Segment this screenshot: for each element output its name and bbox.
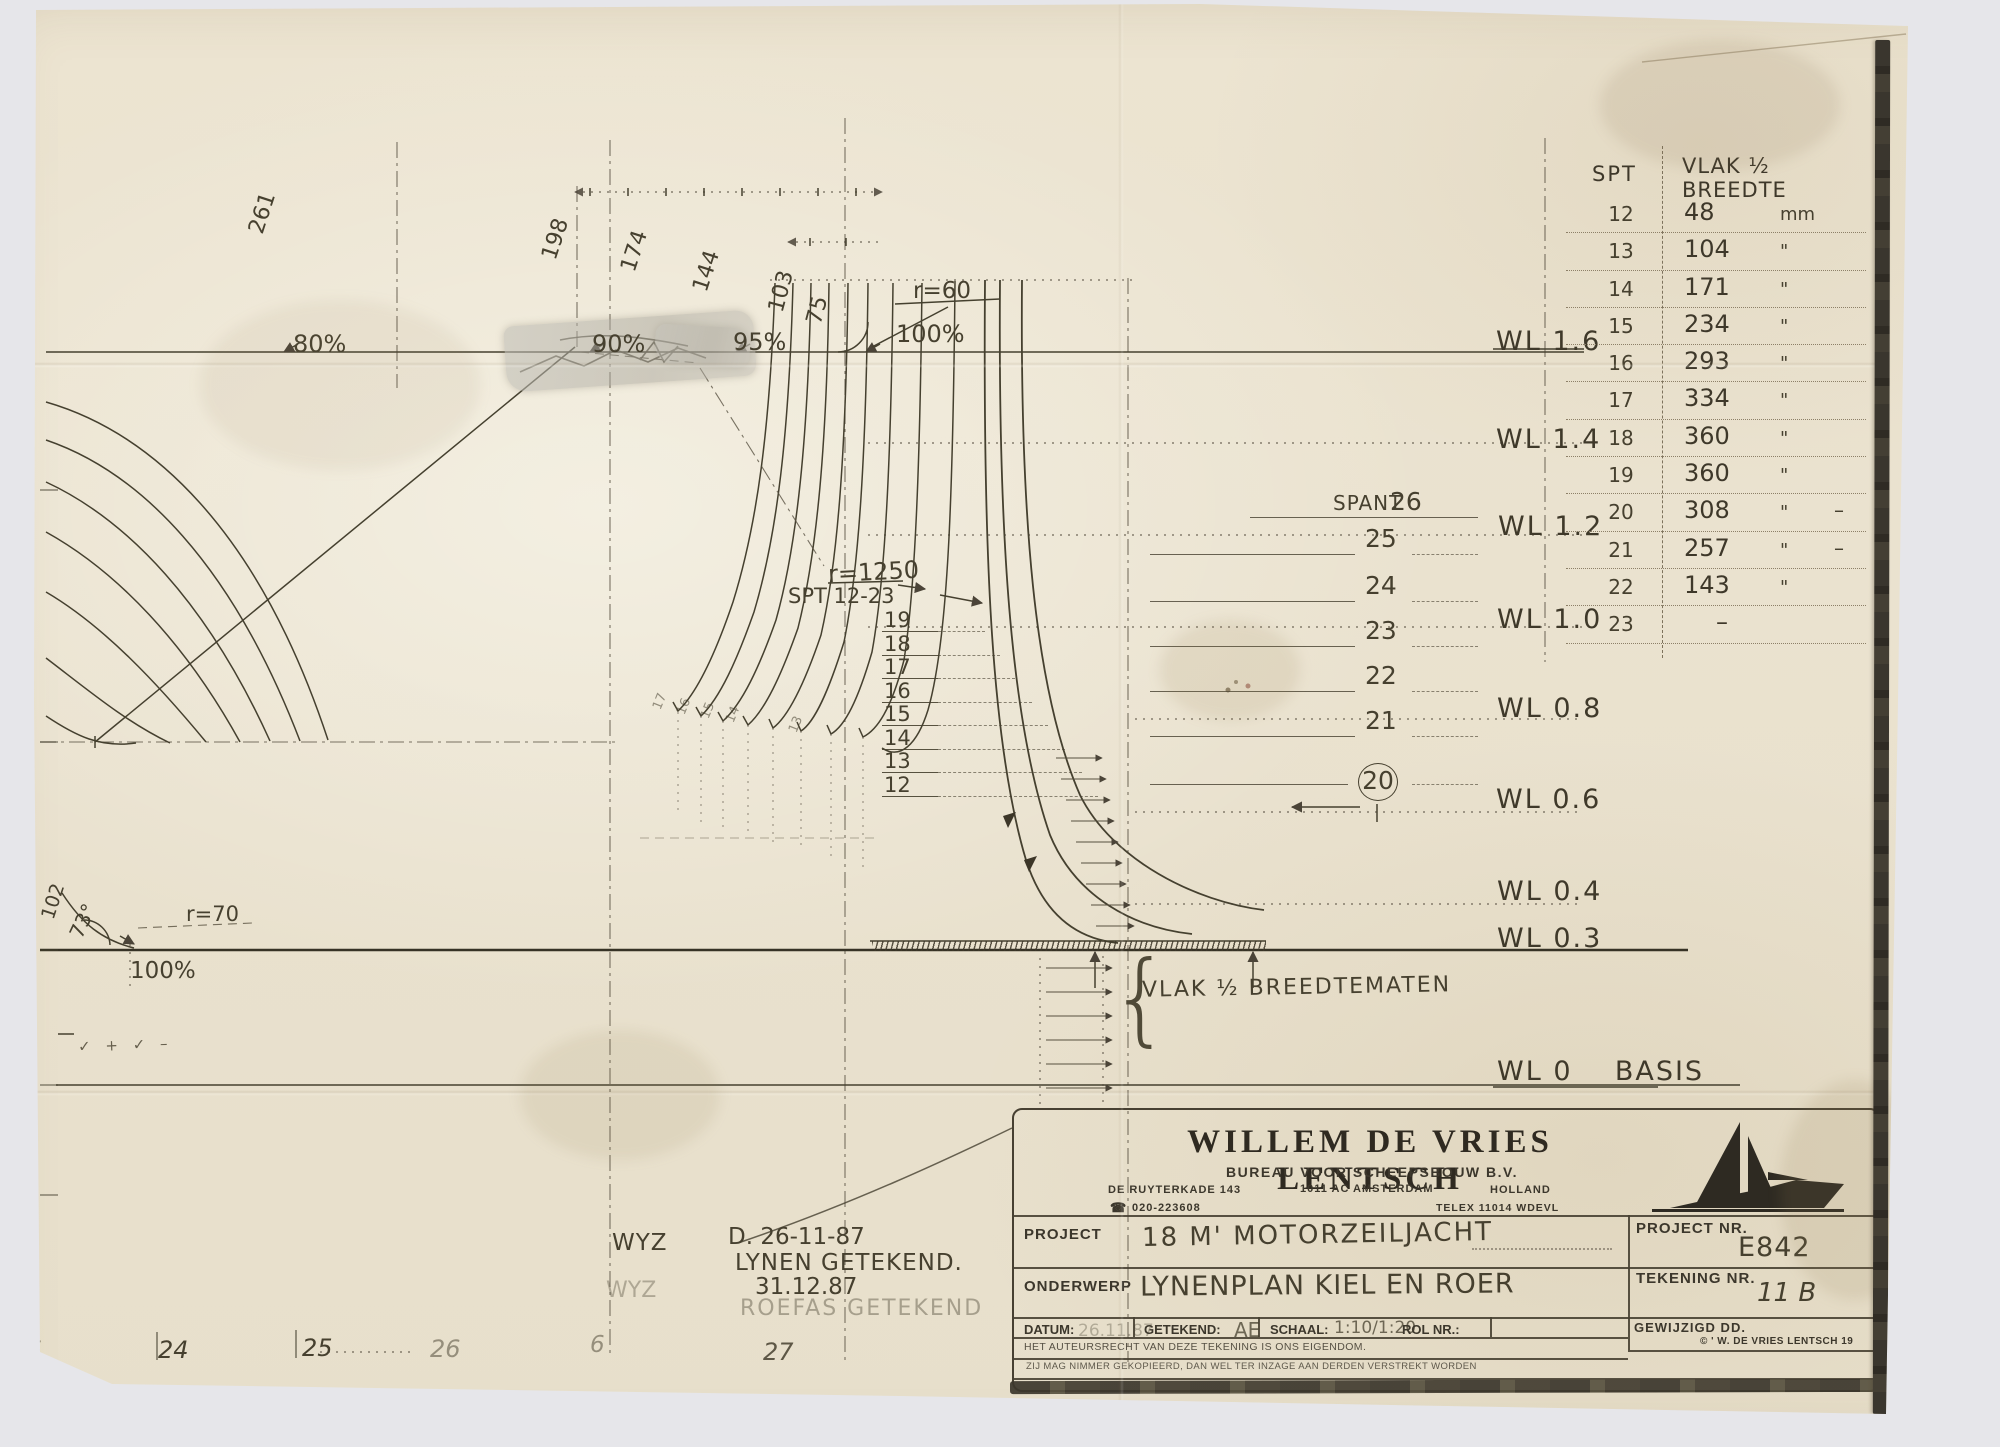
spant-row: SPANT 26 bbox=[1150, 488, 1482, 518]
station-leader-row: 16 bbox=[882, 681, 1032, 703]
percent-label: 100% bbox=[130, 958, 196, 984]
spant-number: 23 bbox=[1365, 616, 1397, 645]
title-block: WILLEM DE VRIES LENTSCH BUREAU VOOR SCHE… bbox=[1012, 1108, 1880, 1392]
station-number: 15 bbox=[884, 702, 911, 726]
station-leader-row: 15 bbox=[882, 704, 1048, 726]
table-row: 19360" bbox=[1566, 457, 1866, 494]
bottom-station-number: 27 bbox=[763, 1338, 794, 1366]
company-address: DE RUYTERKADE 143 bbox=[1108, 1184, 1241, 1196]
spant-number: 21 bbox=[1365, 706, 1397, 735]
halfbreadth-table: SPT VLAK ½ BREEDTE 1248mm 13104" 14171" … bbox=[1566, 150, 1868, 662]
table-row: 22143" bbox=[1566, 569, 1866, 606]
project-nr-label: PROJECT NR. bbox=[1636, 1220, 1748, 1237]
waterline-label: WL 0.4 bbox=[1497, 876, 1602, 907]
subject-label: ONDERWERP bbox=[1024, 1278, 1132, 1295]
left-bow-section-curves bbox=[46, 347, 575, 748]
revision-text: ROEFAS GETEKEND bbox=[740, 1296, 983, 1321]
project-nr-value: E842 bbox=[1738, 1232, 1811, 1263]
table-row: 1248mm bbox=[1566, 196, 1866, 233]
waterline-label: WL 0.6 bbox=[1496, 784, 1601, 815]
table-row: 23– bbox=[1566, 606, 1866, 643]
phone-icon: ☎ bbox=[1110, 1200, 1126, 1216]
check-marks: ✓ + ✓ – bbox=[78, 1034, 173, 1055]
percent-label: 100% bbox=[896, 320, 965, 348]
drawn-label: GETEKEND: bbox=[1144, 1322, 1221, 1337]
drawing-paper-sheet: 261 198 174 144 103 75 80% 90% 95% 100% … bbox=[0, 0, 2000, 1447]
date-label: DATUM: bbox=[1024, 1322, 1074, 1337]
waterline-label: WL 0.3 bbox=[1497, 923, 1602, 954]
station-leader-row: 18 bbox=[882, 634, 1000, 656]
bottom-partial-number: 5 bbox=[28, 1338, 42, 1363]
spant-number: 24 bbox=[1365, 571, 1397, 600]
spant-row: 23 bbox=[1150, 617, 1482, 647]
tip-drop-lines bbox=[640, 712, 880, 868]
spant-row: 25 bbox=[1150, 525, 1482, 555]
station-number: 19 bbox=[884, 608, 911, 632]
station-number: 16 bbox=[884, 679, 911, 703]
station-range-note: SPT 12-23 bbox=[788, 584, 895, 608]
subject-value: LYNENPLAN KIEL EN ROER bbox=[1140, 1268, 1515, 1302]
project-label: PROJECT bbox=[1024, 1226, 1102, 1243]
company-phone: 020-223608 bbox=[1132, 1202, 1201, 1214]
station-leader-row: 13 bbox=[882, 751, 1082, 773]
scan-edge-bar bbox=[1873, 40, 1890, 1414]
table-row: 15234" bbox=[1566, 308, 1866, 345]
percent-label: 95% bbox=[733, 328, 786, 356]
station-leader-row: 17 bbox=[882, 657, 1015, 679]
spant-number-circled: 20 bbox=[1358, 763, 1398, 801]
left-bottom-keel-annotations bbox=[40, 490, 252, 1195]
company-subtitle: BUREAU VOOR SCHEEPSBOUW B.V. bbox=[1162, 1164, 1582, 1180]
percent-label: 90% bbox=[592, 330, 645, 358]
company-country: HOLLAND bbox=[1490, 1184, 1551, 1196]
drawn-value: AE bbox=[1234, 1318, 1260, 1342]
legal-line-2: ZIJ MAG NIMMER GEKOPIEERD, DAN WEL TER I… bbox=[1026, 1361, 1477, 1372]
percent-label: 80% bbox=[293, 330, 346, 358]
table-row: 14171" bbox=[1566, 271, 1866, 308]
bottom-station-number: 25 bbox=[302, 1334, 333, 1362]
table-row: 17334" bbox=[1566, 382, 1866, 419]
revision-code: WYZ bbox=[612, 1230, 668, 1256]
table-row: 21257"– bbox=[1566, 532, 1866, 569]
spant-row: 22 bbox=[1150, 662, 1482, 692]
waterline-label: WL 0.8 bbox=[1497, 693, 1602, 724]
company-telex: TELEX 11014 WDEVL bbox=[1436, 1202, 1559, 1214]
revision-date: D. 26-11-87 bbox=[728, 1224, 865, 1250]
spant-row: 20 bbox=[1150, 755, 1482, 785]
bottom-station-number: 24 bbox=[158, 1336, 189, 1364]
radius-note: r=70 bbox=[186, 902, 239, 926]
station-leader-row: 14 bbox=[882, 728, 1065, 750]
col-header-spt: SPT bbox=[1592, 162, 1637, 186]
station-leader-row: 12 bbox=[882, 775, 1098, 797]
title-block-bottom-band bbox=[1010, 1379, 1882, 1394]
station-number: 12 bbox=[884, 773, 911, 797]
legal-line-1: HET AUTEURSRECHT VAN DEZE TEKENING IS ON… bbox=[1024, 1341, 1366, 1353]
keel-hatching bbox=[872, 941, 1266, 951]
station-number: 14 bbox=[884, 726, 911, 750]
table-row: 13104" bbox=[1566, 233, 1866, 270]
date-value: 26.11.87 bbox=[1078, 1321, 1154, 1341]
spant-number: 25 bbox=[1365, 524, 1397, 553]
yacht-logo bbox=[1648, 1120, 1848, 1212]
bottom-partial-number: 6 bbox=[590, 1332, 605, 1358]
spant-number: 26 bbox=[1390, 487, 1422, 516]
spant-row: 24 bbox=[1150, 572, 1482, 602]
spant-row: 21 bbox=[1150, 707, 1482, 737]
drawing-nr-label: TEKENING NR. bbox=[1636, 1270, 1756, 1287]
table-row: 18360" bbox=[1566, 420, 1866, 457]
revision-text: LYNEN GETEKEND. bbox=[735, 1250, 963, 1276]
drawing-nr-value: 11 B bbox=[1757, 1278, 1816, 1308]
roll-nr-label: ROL NR.: bbox=[1402, 1322, 1460, 1337]
revision-code: WYZ bbox=[606, 1278, 656, 1303]
col-header-vlak: VLAK ½ BREEDTE bbox=[1682, 154, 1868, 202]
scanned-drawing-page: 261 198 174 144 103 75 80% 90% 95% 100% … bbox=[0, 0, 2000, 1447]
company-city: 1011 AC AMSTERDAM bbox=[1300, 1183, 1434, 1195]
station-number: 13 bbox=[884, 749, 911, 773]
station-leader-row: 19 bbox=[882, 610, 985, 632]
copyright-line: © ' W. DE VRIES LENTSCH 19 bbox=[1700, 1336, 1853, 1347]
station-number: 18 bbox=[884, 632, 911, 656]
station-number: 17 bbox=[884, 655, 911, 679]
table-row: 20308"– bbox=[1566, 494, 1866, 531]
spant-number: 22 bbox=[1365, 661, 1397, 690]
baseline-label: WL 0 BASIS bbox=[1497, 1056, 1704, 1087]
radius-note: r=60 bbox=[913, 278, 971, 304]
table-row: 16293" bbox=[1566, 345, 1866, 382]
scale-label: SCHAAL: bbox=[1270, 1322, 1329, 1337]
revised-label: GEWIJZIGD DD. bbox=[1634, 1320, 1746, 1335]
bottom-station-number: 26 bbox=[430, 1335, 461, 1363]
project-value: 18 M' MOTORZEILJACHT bbox=[1142, 1217, 1494, 1253]
